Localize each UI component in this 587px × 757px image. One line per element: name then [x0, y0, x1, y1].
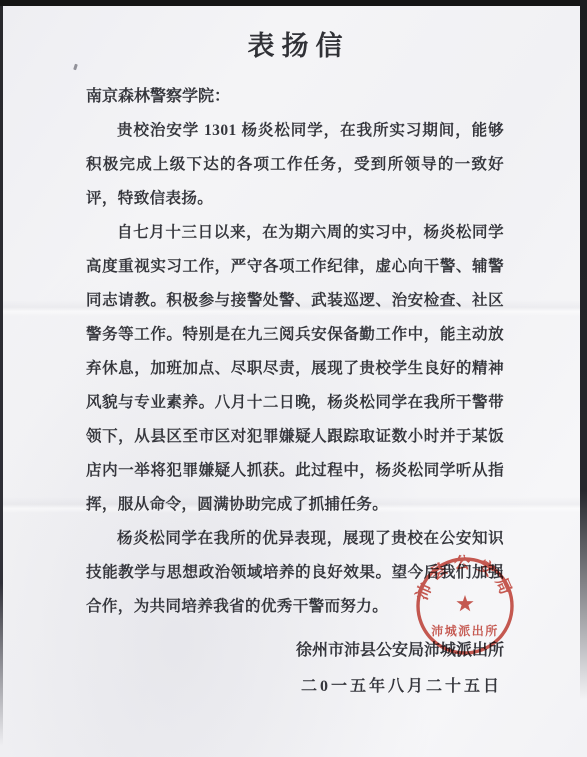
letter-paragraph-2: 自七月十三日以来，在为期六周的实习中，杨炎松同学高度重视实习工作，严守各项工作纪…: [86, 216, 504, 522]
scan-edge-left: [0, 6, 3, 746]
scanned-letter-page: 表扬信 南京森林警察学院： 贵校治安学 1301 杨炎松同学，在我所实习期间，能…: [0, 0, 587, 757]
scan-edge-right: [580, 0, 587, 700]
scan-speck: [73, 64, 78, 71]
letter-paragraph-1: 贵校治安学 1301 杨炎松同学，在我所实习期间，能够积极完成上级下达的各项工作…: [86, 114, 504, 216]
letter-title: 表扬信: [86, 24, 504, 63]
scan-edge-top: [0, 0, 587, 6]
seal-bottom-text: 沛城派出所: [431, 623, 499, 638]
seal-star-icon: [456, 595, 473, 611]
letter-salutation: 南京森林警察学院：: [86, 80, 504, 114]
signature-date: 二0一五年八月二十五日: [86, 669, 504, 705]
official-seal-stamp: 沛县公安局 沛城派出所: [410, 551, 520, 661]
